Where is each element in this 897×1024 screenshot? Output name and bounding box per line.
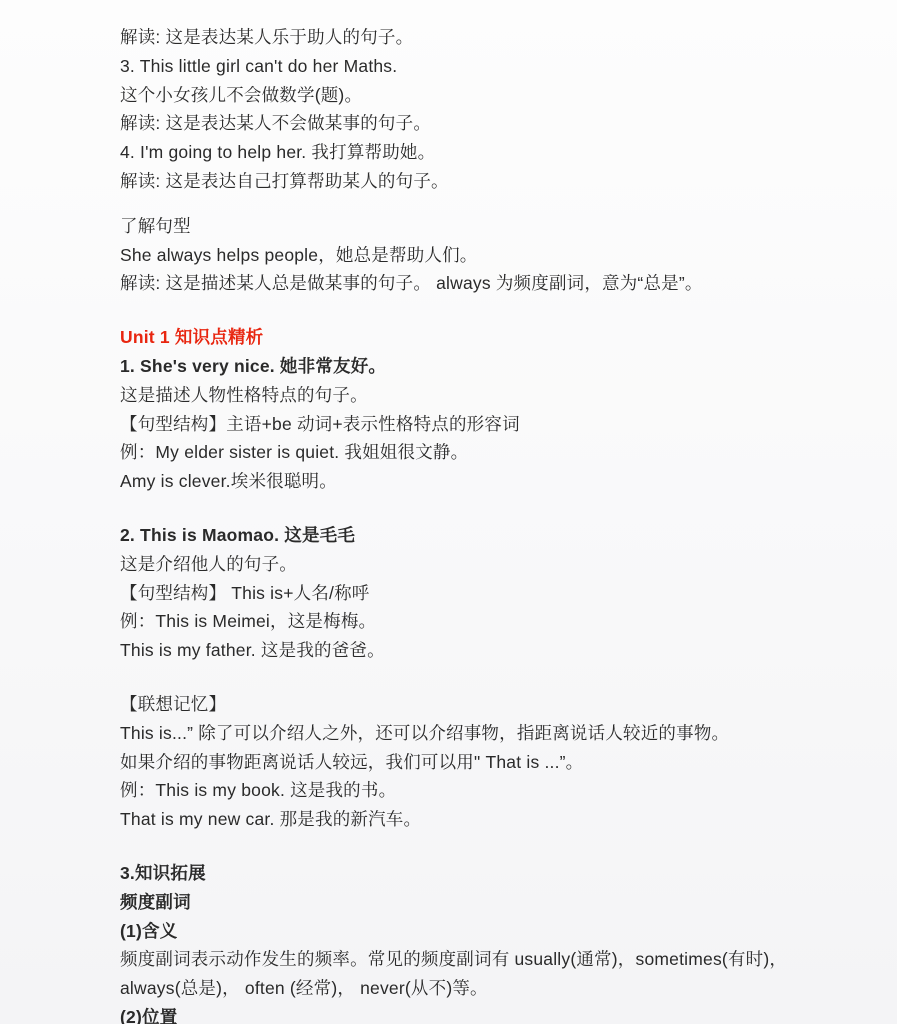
document-page: 解读: 这是表达某人乐于助人的句子。 3. This little girl c… — [0, 0, 897, 1024]
point-heading-3: 3.知识拓展 — [120, 859, 873, 888]
text-line: 解读: 这是表达某人不会做某事的句子。 — [120, 109, 873, 138]
text-line: 这个小女孩儿不会做数学(题)。 — [120, 81, 873, 110]
section-heading-unit1: Unit 1 知识点精析 — [120, 323, 873, 352]
text-line: 解读: 这是表达某人乐于助人的句子。 — [120, 23, 873, 52]
text-line: 这是介绍他人的句子。 — [120, 550, 873, 579]
text-line: 例：This is my book. 这是我的书。 — [120, 776, 873, 805]
text-block-unit1-point1: Unit 1 知识点精析 1. She's very nice. 她非常友好。 … — [120, 323, 873, 496]
text-line: That is my new car. 那是我的新汽车。 — [120, 805, 873, 834]
text-line: She always helps people，她总是帮助人们。 — [120, 241, 873, 270]
text-line: 这是描述人物性格特点的句子。 — [120, 381, 873, 410]
text-line: 例：This is Meimei，这是梅梅。 — [120, 607, 873, 636]
subheading-frequency-adverbs: 频度副词 — [120, 888, 873, 917]
text-block-knowledge-expansion: 3.知识拓展 频度副词 (1)含义 频度副词表示动作发生的频率。常见的频度副词有… — [120, 859, 873, 1024]
text-block-association-memory: 【联想记忆】 This is...” 除了可以介绍人之外，还可以介绍事物，指距离… — [120, 690, 873, 834]
subheading-association-memory: 【联想记忆】 — [120, 690, 873, 719]
text-block-unit1-point2: 2. This is Maomao. 这是毛毛 这是介绍他人的句子。 【句型结构… — [120, 521, 873, 665]
text-line: 频度副词表示动作发生的频率。常见的频度副词有 usually(通常)，somet… — [120, 945, 873, 974]
text-block-sentence-notes: 解读: 这是表达某人乐于助人的句子。 3. This little girl c… — [120, 23, 873, 196]
text-line: always(总是)， often (经常)， never(从不)等。 — [120, 974, 873, 1003]
text-line: 【句型结构】主语+be 动词+表示性格特点的形容词 — [120, 410, 873, 439]
text-line: This is...” 除了可以介绍人之外，还可以介绍事物，指距离说话人较近的事… — [120, 719, 873, 748]
text-line: Amy is clever.埃米很聪明。 — [120, 467, 873, 496]
text-line: 如果介绍的事物距离说话人较远，我们可以用" That is ...”。 — [120, 748, 873, 777]
point-heading-2: 2. This is Maomao. 这是毛毛 — [120, 521, 873, 550]
text-line: 3. This little girl can't do her Maths. — [120, 52, 873, 81]
text-line: 解读: 这是表达自己打算帮助某人的句子。 — [120, 167, 873, 196]
text-line: This is my father. 这是我的爸爸。 — [120, 636, 873, 665]
subheading-meaning: (1)含义 — [120, 917, 873, 946]
subheading-understand-pattern: 了解句型 — [120, 212, 873, 241]
point-heading-1: 1. She's very nice. 她非常友好。 — [120, 352, 873, 381]
text-line: 解读: 这是描述某人总是做某事的句子。 always 为频度副词，意为“总是”。 — [120, 269, 873, 298]
text-line: 【句型结构】 This is+人名/称呼 — [120, 579, 873, 608]
text-line: 4. I'm going to help her. 我打算帮助她。 — [120, 138, 873, 167]
text-line: 例：My elder sister is quiet. 我姐姐很文静。 — [120, 438, 873, 467]
subheading-position: (2)位置 — [120, 1003, 873, 1024]
text-block-sentence-pattern: 了解句型 She always helps people，她总是帮助人们。 解读… — [120, 212, 873, 298]
